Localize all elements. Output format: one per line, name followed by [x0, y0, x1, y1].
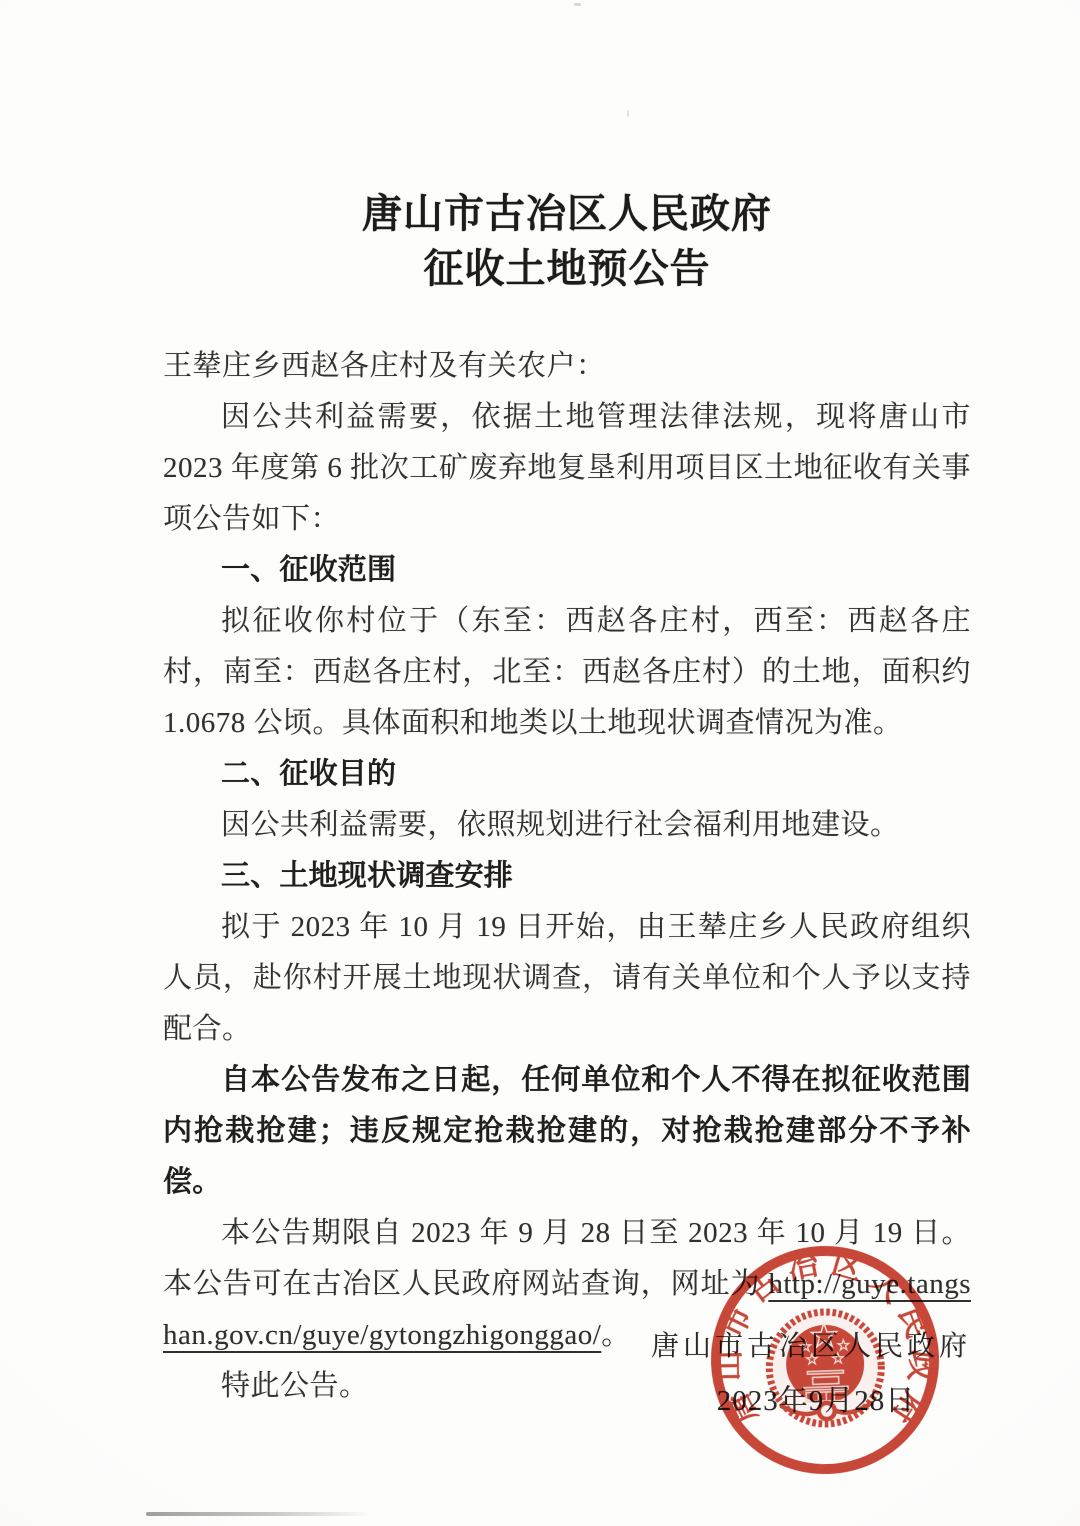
paragraph-survey: 拟于 2023 年 10 月 19 日开始，由王辇庄乡人民政府组织人员，赴你村开…: [163, 902, 971, 1055]
salutation: 王辇庄乡西赵各庄村及有关农户：: [163, 341, 971, 392]
paragraph-warning: 自本公告发布之日起，任何单位和个人不得在拟征收范围内抢栽抢建；违反规定抢栽抢建的…: [163, 1055, 971, 1208]
title-line-1: 唐山市古冶区人民政府: [163, 186, 971, 241]
title-line-2: 征收土地预公告: [163, 241, 971, 296]
paragraph-intro: 因公共利益需要，依据土地管理法律法规，现将唐山市 2023 年度第 6 批次工矿…: [163, 392, 971, 545]
document-title: 唐山市古冶区人民政府 征收土地预公告: [163, 186, 971, 296]
notice-period-punctuation: 。: [601, 1319, 631, 1351]
scanned-document-page: 唐山市古冶区人民政府 征收土地预公告 王辇庄乡西赵各庄村及有关农户： 因公共利益…: [0, 0, 1080, 1526]
paragraph-purpose: 因公共利益需要，依照规划进行社会福利用地建设。: [163, 800, 971, 851]
national-emblem-icon: [767, 1310, 883, 1426]
scan-speck: [574, 3, 581, 6]
document-content: 唐山市古冶区人民政府 征收土地预公告 王辇庄乡西赵各庄村及有关农户： 因公共利益…: [163, 0, 971, 1412]
paragraph-scope: 拟征收你村位于（东至：西赵各庄村，西至：西赵各庄村，南至：西赵各庄村，北至：西赵…: [163, 596, 971, 749]
heading-section-1: 一、征收范围: [163, 545, 971, 596]
heading-section-2: 二、征收目的: [163, 749, 971, 800]
official-red-seal: 唐山市古冶区人民政府: [698, 1233, 952, 1487]
scan-smudge: [146, 1512, 372, 1516]
heading-section-3: 三、土地现状调查安排: [163, 851, 971, 902]
scan-speck: [627, 110, 629, 117]
